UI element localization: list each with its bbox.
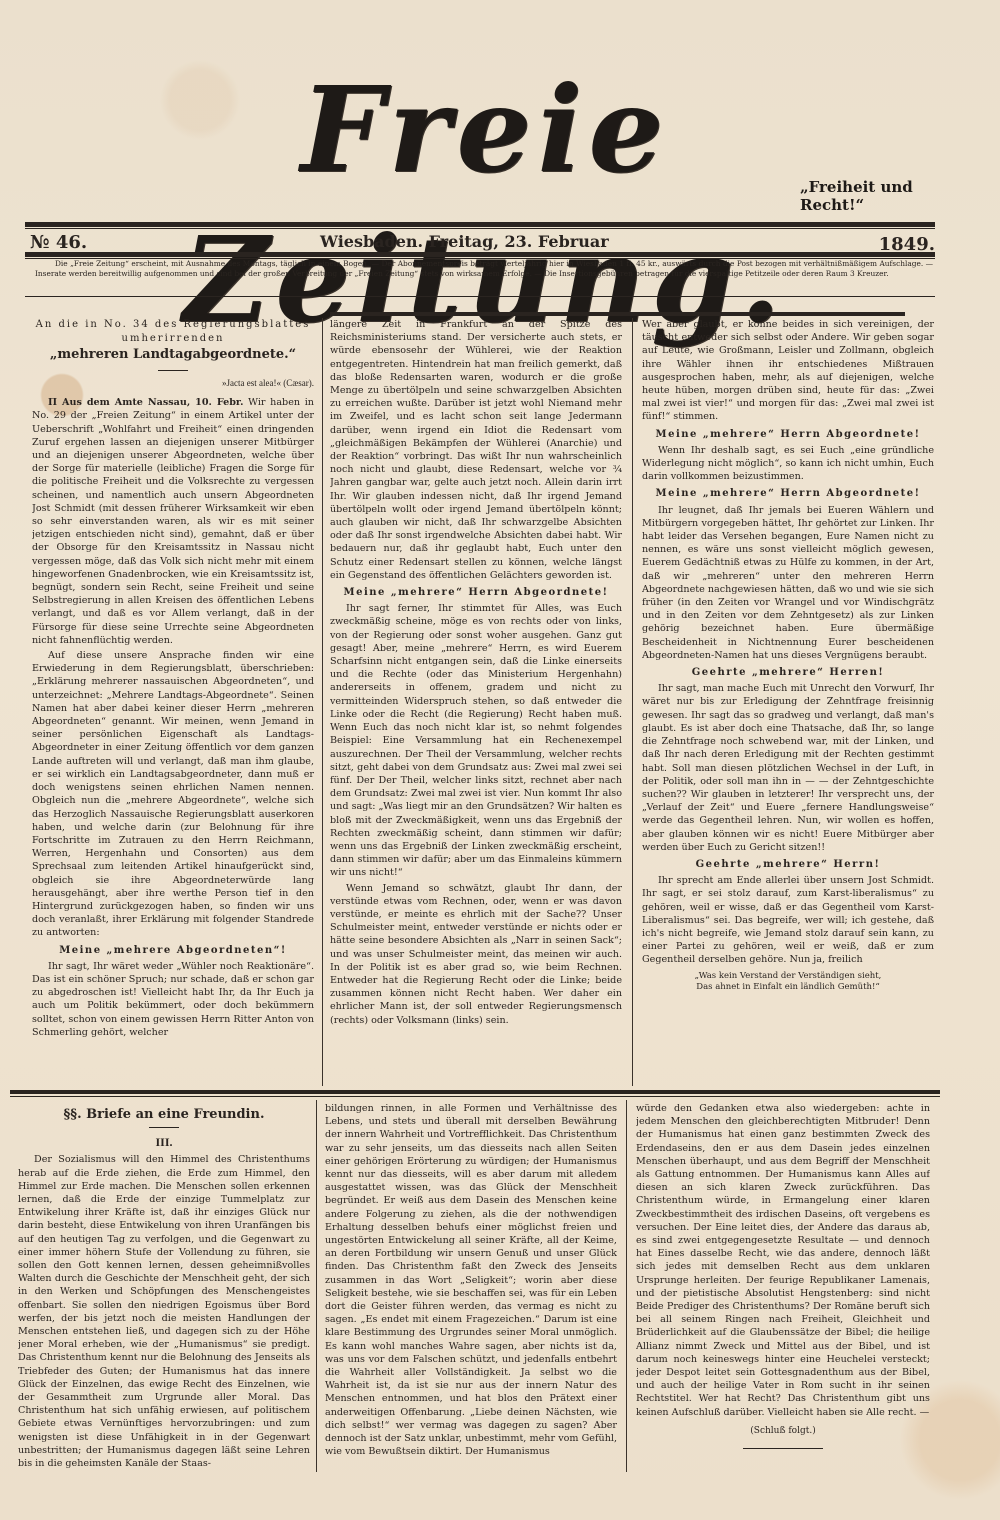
article1-lead: Π Aus dem Amte Nassau, 10. Febr.	[48, 397, 243, 408]
column-divider	[626, 1100, 627, 1472]
article1-paragraph: Auf diese unsere Ansprache finden wir ei…	[32, 649, 314, 939]
short-rule	[158, 370, 188, 371]
divider-rule	[25, 222, 935, 227]
article1-paragraph: Wer aber glaubt, er könne beides in sich…	[642, 318, 934, 424]
article1-title-line1: An die in No. 34 des Regierungsblattes	[32, 318, 314, 332]
column-divider	[632, 318, 633, 1086]
article1-subhead: Geehrte „mehrere“ Herrn!	[642, 858, 934, 871]
article1-subhead: Geehrte „mehrere“ Herren!	[642, 666, 934, 679]
article2-title: §§. Briefe an eine Freundin.	[18, 1108, 310, 1121]
verse-line: Das ahnet in Einfalt ein ländlich Gemüth…	[642, 982, 934, 993]
divider-rule	[10, 1090, 940, 1094]
article2-column-2: bildungen rinnen, in alle Formen und Ver…	[325, 1102, 617, 1482]
divider-rule	[10, 1096, 940, 1097]
place-date: Wiesbaden. Freitag, 23. Februar	[320, 232, 609, 251]
article1-column-2: längere Zeit in Frankfurt an der Spitze …	[330, 318, 622, 1088]
column-divider	[322, 318, 323, 1086]
article1-paragraph: Ihr sprecht am Ende allerlei über unsern…	[642, 874, 934, 966]
divider-rule	[25, 296, 935, 297]
article2-column-1: §§. Briefe an eine Freundin. III. Der So…	[18, 1100, 310, 1480]
issue-number: № 46.	[30, 232, 87, 253]
article2-column-3: würde den Gedanken etwa also wiedergeben…	[636, 1102, 930, 1482]
divider-rule	[330, 312, 905, 316]
article1-column-3: Wer aber glaubt, er könne beides in sich…	[642, 318, 934, 1088]
article1-subhead: Meine „mehrere“ Herrn Abgeordnete!	[642, 428, 934, 441]
article2-paragraph: bildungen rinnen, in alle Formen und Ver…	[325, 1102, 617, 1458]
column-divider	[316, 1100, 317, 1472]
article2-part: III.	[18, 1136, 310, 1149]
masthead-motto: „Freiheit und Recht!“	[800, 178, 980, 214]
continued-note: (Schluß folgt.)	[636, 1425, 930, 1438]
article1-column-1: An die in No. 34 des Regierungsblattes u…	[32, 318, 314, 1088]
end-rule	[743, 1448, 823, 1449]
masthead-title: Freie Zeitung.	[130, 55, 840, 205]
article1-paragraph: Ihr sagt, man mache Euch mit Unrecht den…	[642, 682, 934, 854]
article1-subhead: Meine „mehrere“ Herrn Abgeordnete!	[642, 487, 934, 500]
verse-line: „Was kein Verstand der Verständigen sieh…	[642, 971, 934, 982]
divider-rule	[25, 228, 935, 229]
article2-paragraph: Der Sozialismus will den Himmel des Chri…	[18, 1153, 310, 1470]
article1-title-line2: umherirrenden	[32, 332, 314, 346]
article1-subhead: Meine „mehrere Abgeordneten“!	[32, 944, 314, 957]
article1-paragraph: Wenn Ihr deshalb sagt, es sei Euch „eine…	[642, 444, 934, 484]
short-rule	[149, 1127, 179, 1128]
article1-paragraph: Π Aus dem Amte Nassau, 10. Febr. Wir hab…	[32, 396, 314, 647]
article1-title-line3: „mehreren Landtagabgeordnete.“	[32, 346, 314, 364]
divider-rule	[25, 252, 935, 257]
article1-paragraph: Ihr sagt, Ihr wäret weder „Wühler noch R…	[32, 960, 314, 1039]
article1-subhead: Meine „mehrere“ Herrn Abgeordnete!	[330, 586, 622, 599]
article1-paragraph: Ihr sagt ferner, Ihr stimmtet für Alles,…	[330, 602, 622, 879]
article1-paragraph: Ihr leugnet, daß Ihr jemals bei Eueren W…	[642, 504, 934, 662]
subscription-notice: Die „Freie Zeitung“ erscheint, mit Ausna…	[35, 259, 933, 279]
article1-paragraph: Wenn Jemand so schwätzt, glaubt Ihr dann…	[330, 882, 622, 1027]
article2-paragraph: würde den Gedanken etwa also wiedergeben…	[636, 1102, 930, 1419]
article1-paragraph: längere Zeit in Frankfurt an der Spitze …	[330, 318, 622, 582]
article1-epigraph: »Jacta est alea!« (Cæsar).	[32, 377, 314, 390]
